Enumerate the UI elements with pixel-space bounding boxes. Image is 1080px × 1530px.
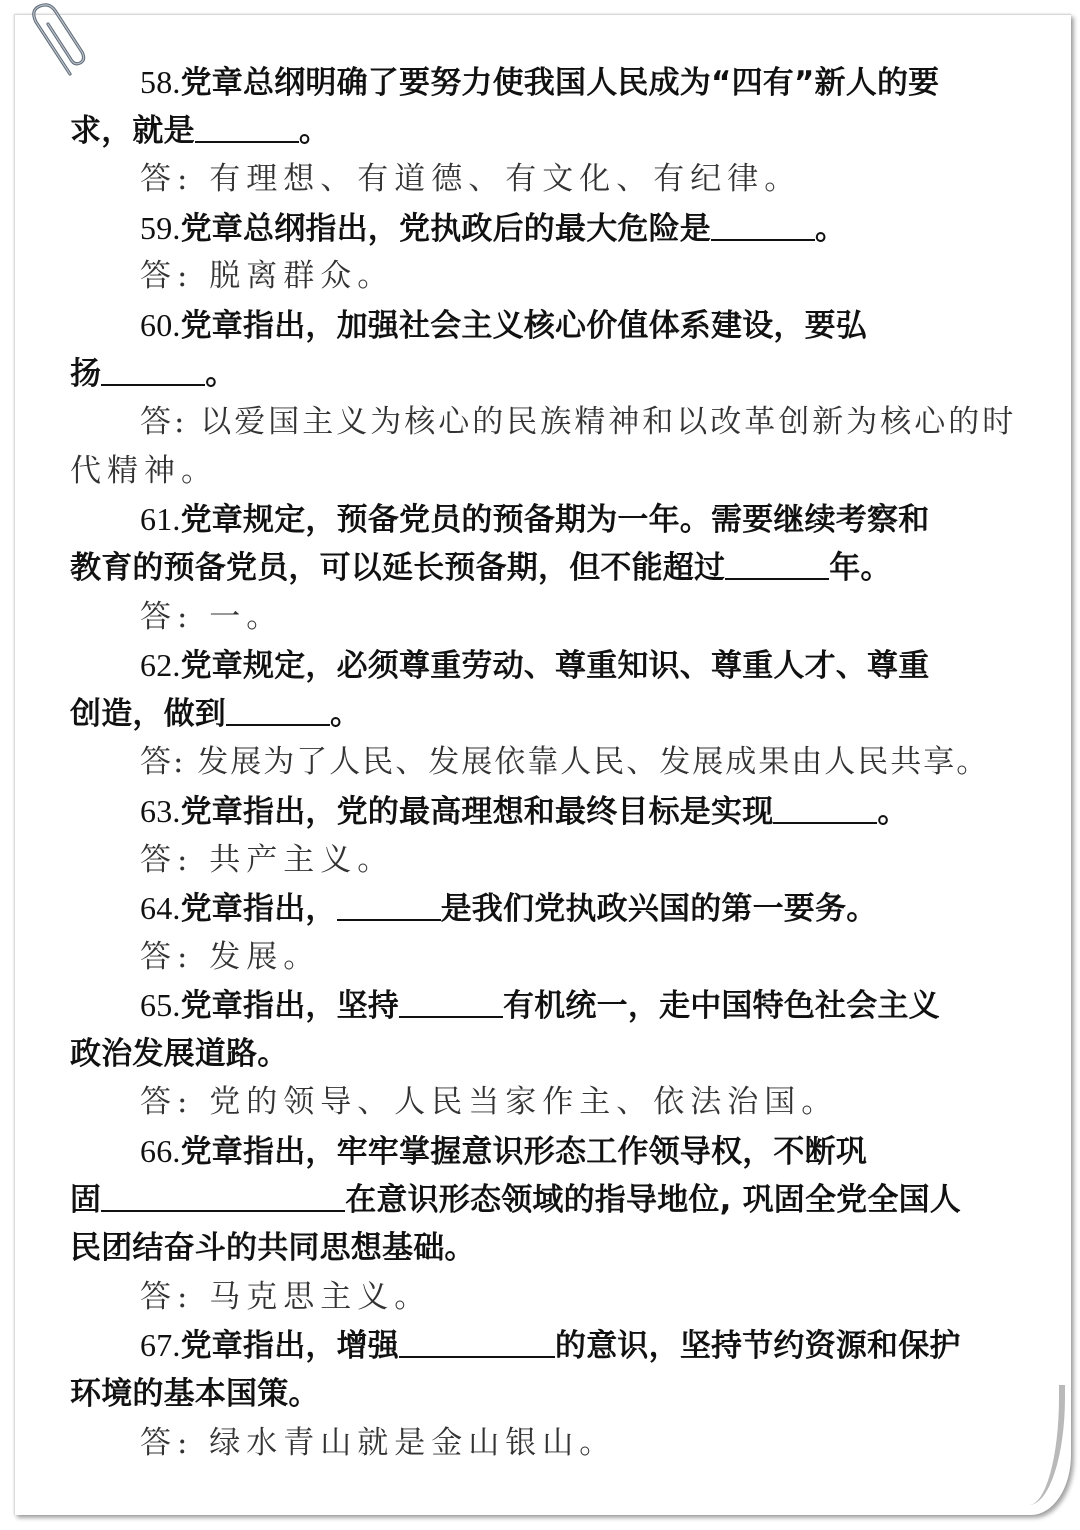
fill-blank	[711, 209, 815, 241]
answer-59: 答: 脱离群众。	[70, 252, 1032, 301]
question-63: 63.党章指出，党的最高理想和最终目标是实现。	[70, 787, 1032, 836]
fill-blank	[337, 889, 441, 921]
question-66-line-1: 66.党章指出，牢牢掌握意识形态工作领导权，不断巩	[70, 1127, 1032, 1176]
page-curl-shadow	[1029, 1385, 1065, 1505]
answer-67: 答: 绿水青山就是金山银山。	[70, 1419, 1032, 1468]
fill-blank	[195, 111, 299, 143]
fill-blank	[399, 1326, 555, 1358]
question-59: 59.党章总纲指出，党执政后的最大危险是。	[70, 204, 1032, 253]
answer-62: 答: 发展为了人民、发展依靠人民、发展成果由人民共享。	[70, 738, 1032, 787]
question-64: 64.党章指出，是我们党执政兴国的第一要务。	[70, 884, 1032, 933]
question-60-line-2: 扬。	[70, 350, 1032, 399]
question-58-line-2: 求，就是。	[70, 107, 1032, 156]
question-67-line-2: 环境的基本国策。	[70, 1370, 1032, 1419]
fill-blank	[725, 548, 829, 580]
answer-65: 答: 党的领导、人民当家作主、依法治国。	[70, 1078, 1032, 1127]
answer-58: 答: 有理想、有道德、有文化、有纪律。	[70, 155, 1032, 204]
question-65-line-2: 政治发展道路。	[70, 1030, 1032, 1079]
answer-64: 答: 发展。	[70, 933, 1032, 982]
fill-blank	[226, 694, 330, 726]
fill-blank	[773, 792, 877, 824]
question-67-line-1: 67.党章指出，增强的意识，坚持节约资源和保护	[70, 1321, 1032, 1370]
answer-63: 答: 共产主义。	[70, 836, 1032, 885]
answer-60-line-1: 答: 以爱国主义为核心的民族精神和以改革创新为核心的时	[70, 398, 1032, 447]
fill-blank	[101, 354, 205, 386]
question-58-line-1: 58.党章总纲明确了要努力使我国人民成为“四有”新人的要	[70, 58, 1032, 107]
question-61-line-2: 教育的预备党员，可以延长预备期，但不能超过年。	[70, 544, 1032, 593]
question-61-line-1: 61.党章规定，预备党员的预备期为一年。需要继续考察和	[70, 495, 1032, 544]
answer-66: 答: 马克思主义。	[70, 1273, 1032, 1322]
question-66-line-2: 固在意识形态领域的指导地位, 巩固全党全国人	[70, 1176, 1032, 1225]
question-62-line-1: 62.党章规定，必须尊重劳动、尊重知识、尊重人才、尊重	[70, 641, 1032, 690]
answer-61: 答: 一。	[70, 593, 1032, 642]
fill-blank	[399, 986, 503, 1018]
question-66-line-3: 民团结奋斗的共同思想基础。	[70, 1224, 1032, 1273]
question-62-line-2: 创造，做到。	[70, 690, 1032, 739]
answer-60-line-2: 代精神。	[70, 447, 1032, 496]
question-60-line-1: 60.党章指出，加强社会主义核心价值体系建设，要弘	[70, 301, 1032, 350]
fill-blank	[101, 1180, 345, 1212]
question-65-line-1: 65.党章指出，坚持有机统一，走中国特色社会主义	[70, 981, 1032, 1030]
question-list: 58.党章总纲明确了要努力使我国人民成为“四有”新人的要 求，就是。 答: 有理…	[70, 58, 1032, 1467]
